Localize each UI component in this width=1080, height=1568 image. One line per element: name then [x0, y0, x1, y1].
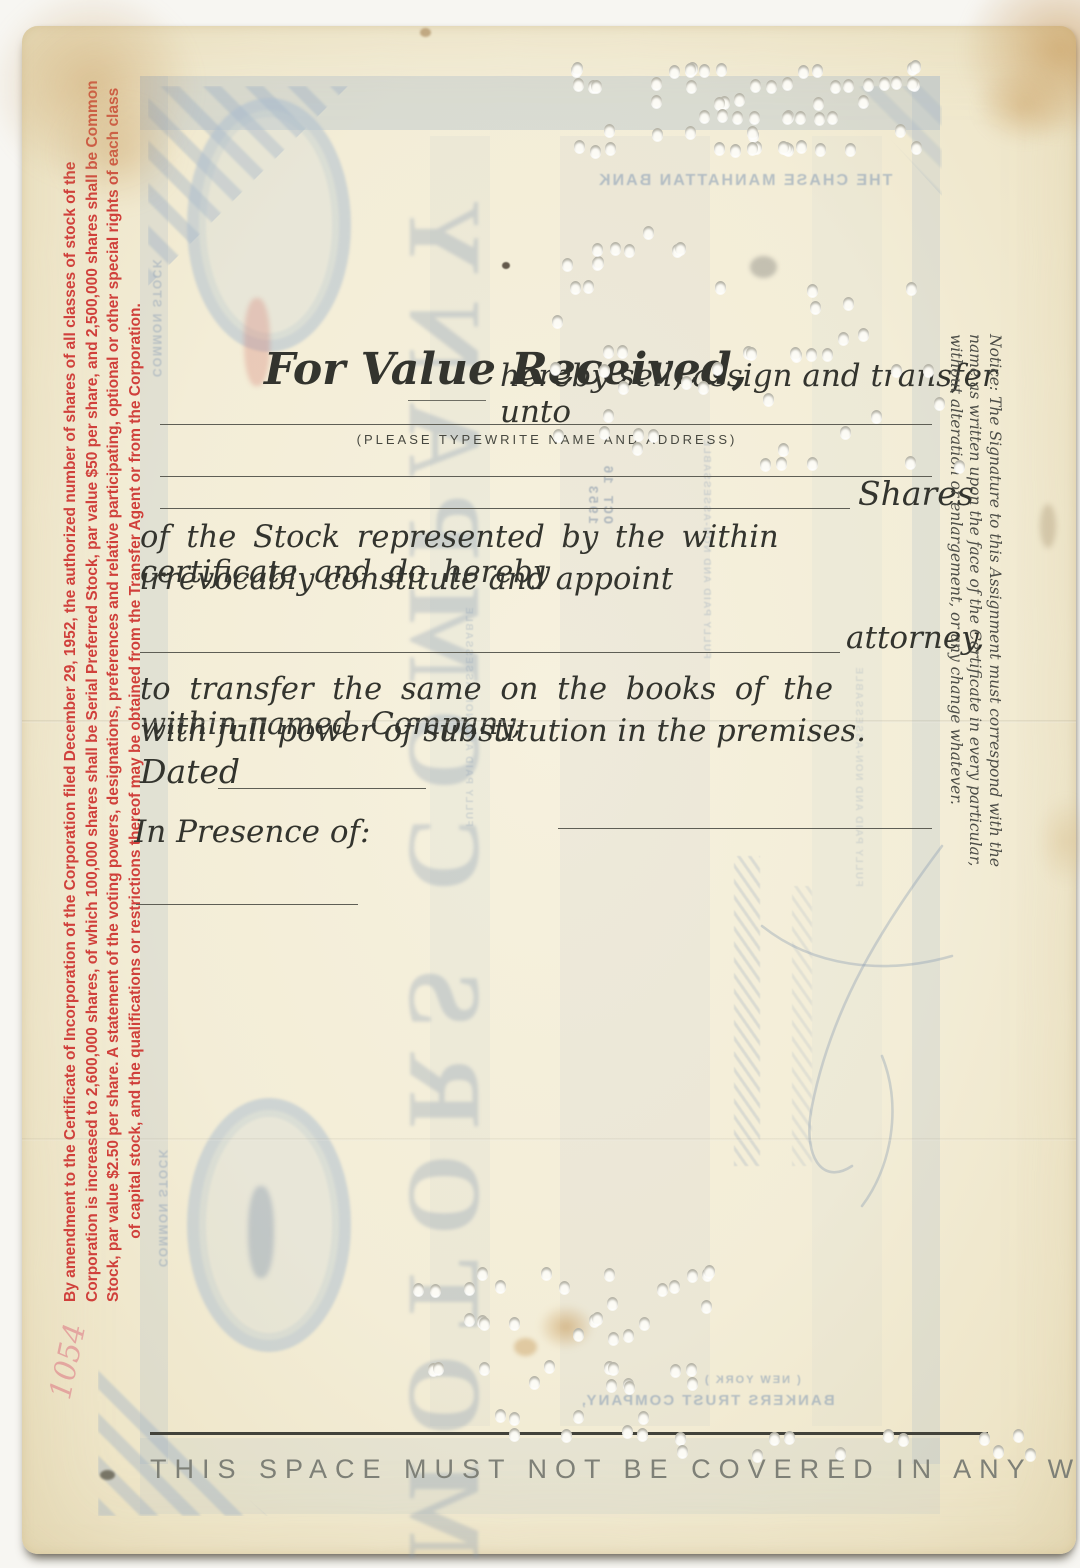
- punch-hole: [796, 140, 807, 153]
- punch-hole: [717, 109, 728, 122]
- punch-hole: [858, 95, 869, 108]
- punch-hole: [509, 1412, 520, 1425]
- punch-hole: [638, 1411, 649, 1424]
- punch-hole: [810, 301, 821, 314]
- punch-hole: [652, 128, 663, 141]
- punch-hole: [590, 145, 601, 158]
- punch-hole: [879, 77, 890, 90]
- punch-hole: [699, 64, 710, 77]
- notice-line-3: without alteration or enlargement, or an…: [946, 334, 966, 834]
- punch-hole: [898, 1433, 909, 1446]
- stain: [514, 1338, 537, 1356]
- stain: [1040, 504, 1056, 548]
- notice-line-2: name as written upon the face of the Cer…: [965, 334, 985, 834]
- punch-hole: [714, 142, 725, 155]
- fold-crease: [22, 720, 1076, 723]
- fill-line-name-address-1: [160, 424, 932, 425]
- punch-hole: [838, 332, 849, 345]
- ghost-registrar-bank-text: THE CHASE MANHATTAN BANK: [597, 172, 892, 190]
- punch-hole: [883, 1429, 894, 1442]
- punch-hole: [604, 124, 615, 137]
- punch-hole: [603, 345, 614, 358]
- punch-hole: [677, 1445, 688, 1458]
- punch-hole: [632, 442, 643, 455]
- typewrite-hint: (PLEASE TYPEWRITE NAME AND ADDRESS): [272, 432, 822, 447]
- punch-hole: [746, 347, 757, 360]
- punch-hole: [687, 1269, 698, 1282]
- ink-speck: [502, 262, 510, 269]
- fill-line-shares: [160, 508, 850, 509]
- punch-hole: [732, 111, 743, 124]
- punch-hole: [979, 1432, 990, 1445]
- punch-hole: [572, 62, 583, 75]
- amendment-line-1: By amendment to the Certificate of Incor…: [60, 240, 82, 1302]
- punch-hole: [891, 364, 902, 377]
- punch-hole: [479, 1317, 490, 1330]
- punch-hole: [617, 345, 628, 358]
- punch-hole: [910, 60, 921, 73]
- certificate-paper: MOTORS COMPANY THE CHASE MANHATTAN BANK …: [22, 26, 1076, 1554]
- bottom-warning: THIS SPACE MUST NOT BE COVERED IN ANY WA…: [150, 1454, 988, 1485]
- punch-hole: [413, 1283, 424, 1296]
- punch-hole: [622, 1425, 633, 1438]
- stain: [1036, 796, 1080, 886]
- stain: [52, 96, 182, 211]
- ghost-serial-number-blue: [248, 1186, 274, 1278]
- ghost-stock-class-bottom: COMMON STOCK: [156, 1148, 170, 1267]
- punch-hole: [776, 457, 787, 470]
- punch-hole: [604, 1268, 615, 1281]
- ink-speck: [100, 1470, 115, 1480]
- handwritten-inventory-number: 1054: [43, 1321, 93, 1403]
- punch-hole: [606, 1379, 617, 1392]
- punch-hole: [687, 1377, 698, 1390]
- ghost-stock-class-top: COMMON STOCK: [150, 258, 164, 377]
- punch-hole: [610, 242, 621, 255]
- punch-hole: [648, 429, 659, 442]
- punch-hole: [1025, 1448, 1036, 1461]
- ghost-stock-class-text: COMMON STOCK: [150, 258, 164, 377]
- punch-hole: [643, 226, 654, 239]
- ghost-signature-hatching: [734, 856, 760, 1166]
- fill-line-dated: [218, 788, 426, 789]
- punch-hole: [561, 1429, 572, 1442]
- punch-hole: [763, 393, 774, 406]
- ghost-medallion-top-left: [187, 98, 351, 352]
- punch-hole: [670, 1364, 681, 1377]
- punch-hole: [782, 77, 793, 90]
- punch-hole: [843, 297, 854, 310]
- punch-hole: [934, 397, 945, 410]
- amendment-line-2: Corporation is increased to 2,600,000 sh…: [82, 240, 104, 1302]
- punch-hole: [608, 1332, 619, 1345]
- punch-hole: [747, 126, 758, 139]
- punch-hole: [795, 111, 806, 124]
- punch-hole: [686, 80, 697, 93]
- punch-hole: [699, 110, 710, 123]
- punch-hole: [750, 79, 761, 92]
- ghost-transfer-agent-bank-text: BANKERS TRUST COMPANY,: [580, 1392, 835, 1409]
- fill-line-signature: [558, 828, 932, 829]
- ghost-panel: [560, 136, 710, 1426]
- punch-hole: [715, 281, 726, 294]
- punch-hole: [495, 1280, 506, 1293]
- punch-hole: [603, 409, 614, 422]
- punch-hole: [607, 1297, 618, 1310]
- stain-speck: [420, 28, 431, 37]
- punch-hole: [840, 426, 851, 439]
- scanned-stock-certificate-back: MOTORS COMPANY THE CHASE MANHATTAN BANK …: [0, 0, 1080, 1568]
- fill-line-witness: [136, 904, 358, 905]
- punch-hole: [766, 80, 777, 93]
- punch-hole: [747, 142, 758, 155]
- amendment-line-3: Stock, par value $2.50 per share. A stat…: [103, 240, 125, 1302]
- punch-hole: [541, 1267, 552, 1280]
- punch-hole: [573, 1328, 584, 1341]
- punch-hole: [608, 1362, 619, 1375]
- punch-hole: [433, 1362, 444, 1375]
- punch-hole: [637, 1428, 648, 1441]
- ghost-panel: [812, 136, 882, 1426]
- punch-hole: [827, 111, 838, 124]
- punch-hole: [1013, 1429, 1024, 1442]
- punch-hole: [544, 1360, 555, 1373]
- punch-hole: [704, 1265, 715, 1278]
- punch-hole: [509, 1317, 520, 1330]
- dated-label: Dated: [140, 752, 240, 791]
- punch-hole: [573, 78, 584, 91]
- punch-hole: [592, 243, 603, 256]
- punch-hole: [815, 143, 826, 156]
- ghost-signature-hatching: [792, 886, 812, 1166]
- punch-hole: [599, 426, 610, 439]
- punch-hole: [807, 284, 818, 297]
- punch-hole: [812, 64, 823, 77]
- notice-line-1: Notice: The Signature to this Assignment…: [985, 334, 1005, 834]
- punch-hole: [911, 141, 922, 154]
- punch-hole: [701, 1300, 712, 1313]
- signature-notice: Notice: The Signature to this Assignment…: [942, 334, 1004, 834]
- punch-hole: [752, 1449, 763, 1462]
- ghost-bank-location-text: ( NEW YORK ): [703, 1374, 801, 1386]
- clause-appoint: irrevocably constitute and appoint: [140, 562, 673, 597]
- punch-hole: [639, 1317, 650, 1330]
- punch-hole: [599, 364, 610, 377]
- ghost-transfer-agent-bank: BANKERS TRUST COMPANY,: [482, 1392, 932, 1409]
- punch-hole: [675, 1432, 686, 1445]
- punch-hole: [734, 93, 745, 106]
- punch-hole: [845, 143, 856, 156]
- punch-hole: [782, 111, 793, 124]
- presence-label: In Presence of:: [134, 814, 370, 850]
- punch-hole: [822, 348, 833, 361]
- punch-hole: [570, 281, 581, 294]
- punch-hole: [464, 1282, 475, 1295]
- ghost-stock-class-text: COMMON STOCK: [156, 1148, 170, 1267]
- punch-hole: [730, 144, 741, 157]
- ghost-signature-swirl: [582, 806, 982, 1226]
- punch-hole: [993, 1445, 1004, 1458]
- punch-hole: [716, 63, 727, 76]
- punch-hole: [562, 258, 573, 271]
- fill-line-assignor: [408, 400, 486, 401]
- stain: [974, 66, 1074, 146]
- stain: [538, 1304, 594, 1350]
- punch-hole: [714, 97, 725, 110]
- punch-hole: [760, 458, 771, 471]
- punch-hole: [685, 63, 696, 76]
- ghost-registrar-bank: THE CHASE MANHATTAN BANK: [560, 172, 930, 190]
- punch-hole: [495, 1409, 506, 1422]
- punch-hole: [798, 65, 809, 78]
- punch-hole: [529, 1376, 540, 1389]
- punch-hole: [464, 1313, 475, 1326]
- punch-hole: [657, 1283, 668, 1296]
- punch-hole: [954, 460, 965, 473]
- fill-line-name-address-2: [160, 476, 932, 477]
- punch-hole: [769, 1432, 780, 1445]
- punch-hole: [778, 443, 789, 456]
- punch-hole: [698, 381, 709, 394]
- red-amendment-note: By amendment to the Certificate of Incor…: [60, 240, 150, 1302]
- punch-hole: [633, 428, 644, 441]
- ghost-bank-location: ( NEW YORK ): [622, 1374, 882, 1386]
- punch-hole: [675, 242, 686, 255]
- punch-hole: [591, 80, 602, 93]
- fill-line-attorney: [140, 652, 840, 653]
- punch-hole: [863, 78, 874, 91]
- punch-hole: [686, 1363, 697, 1376]
- fold-crease: [22, 1138, 1076, 1141]
- pencil-smudge: [750, 256, 777, 278]
